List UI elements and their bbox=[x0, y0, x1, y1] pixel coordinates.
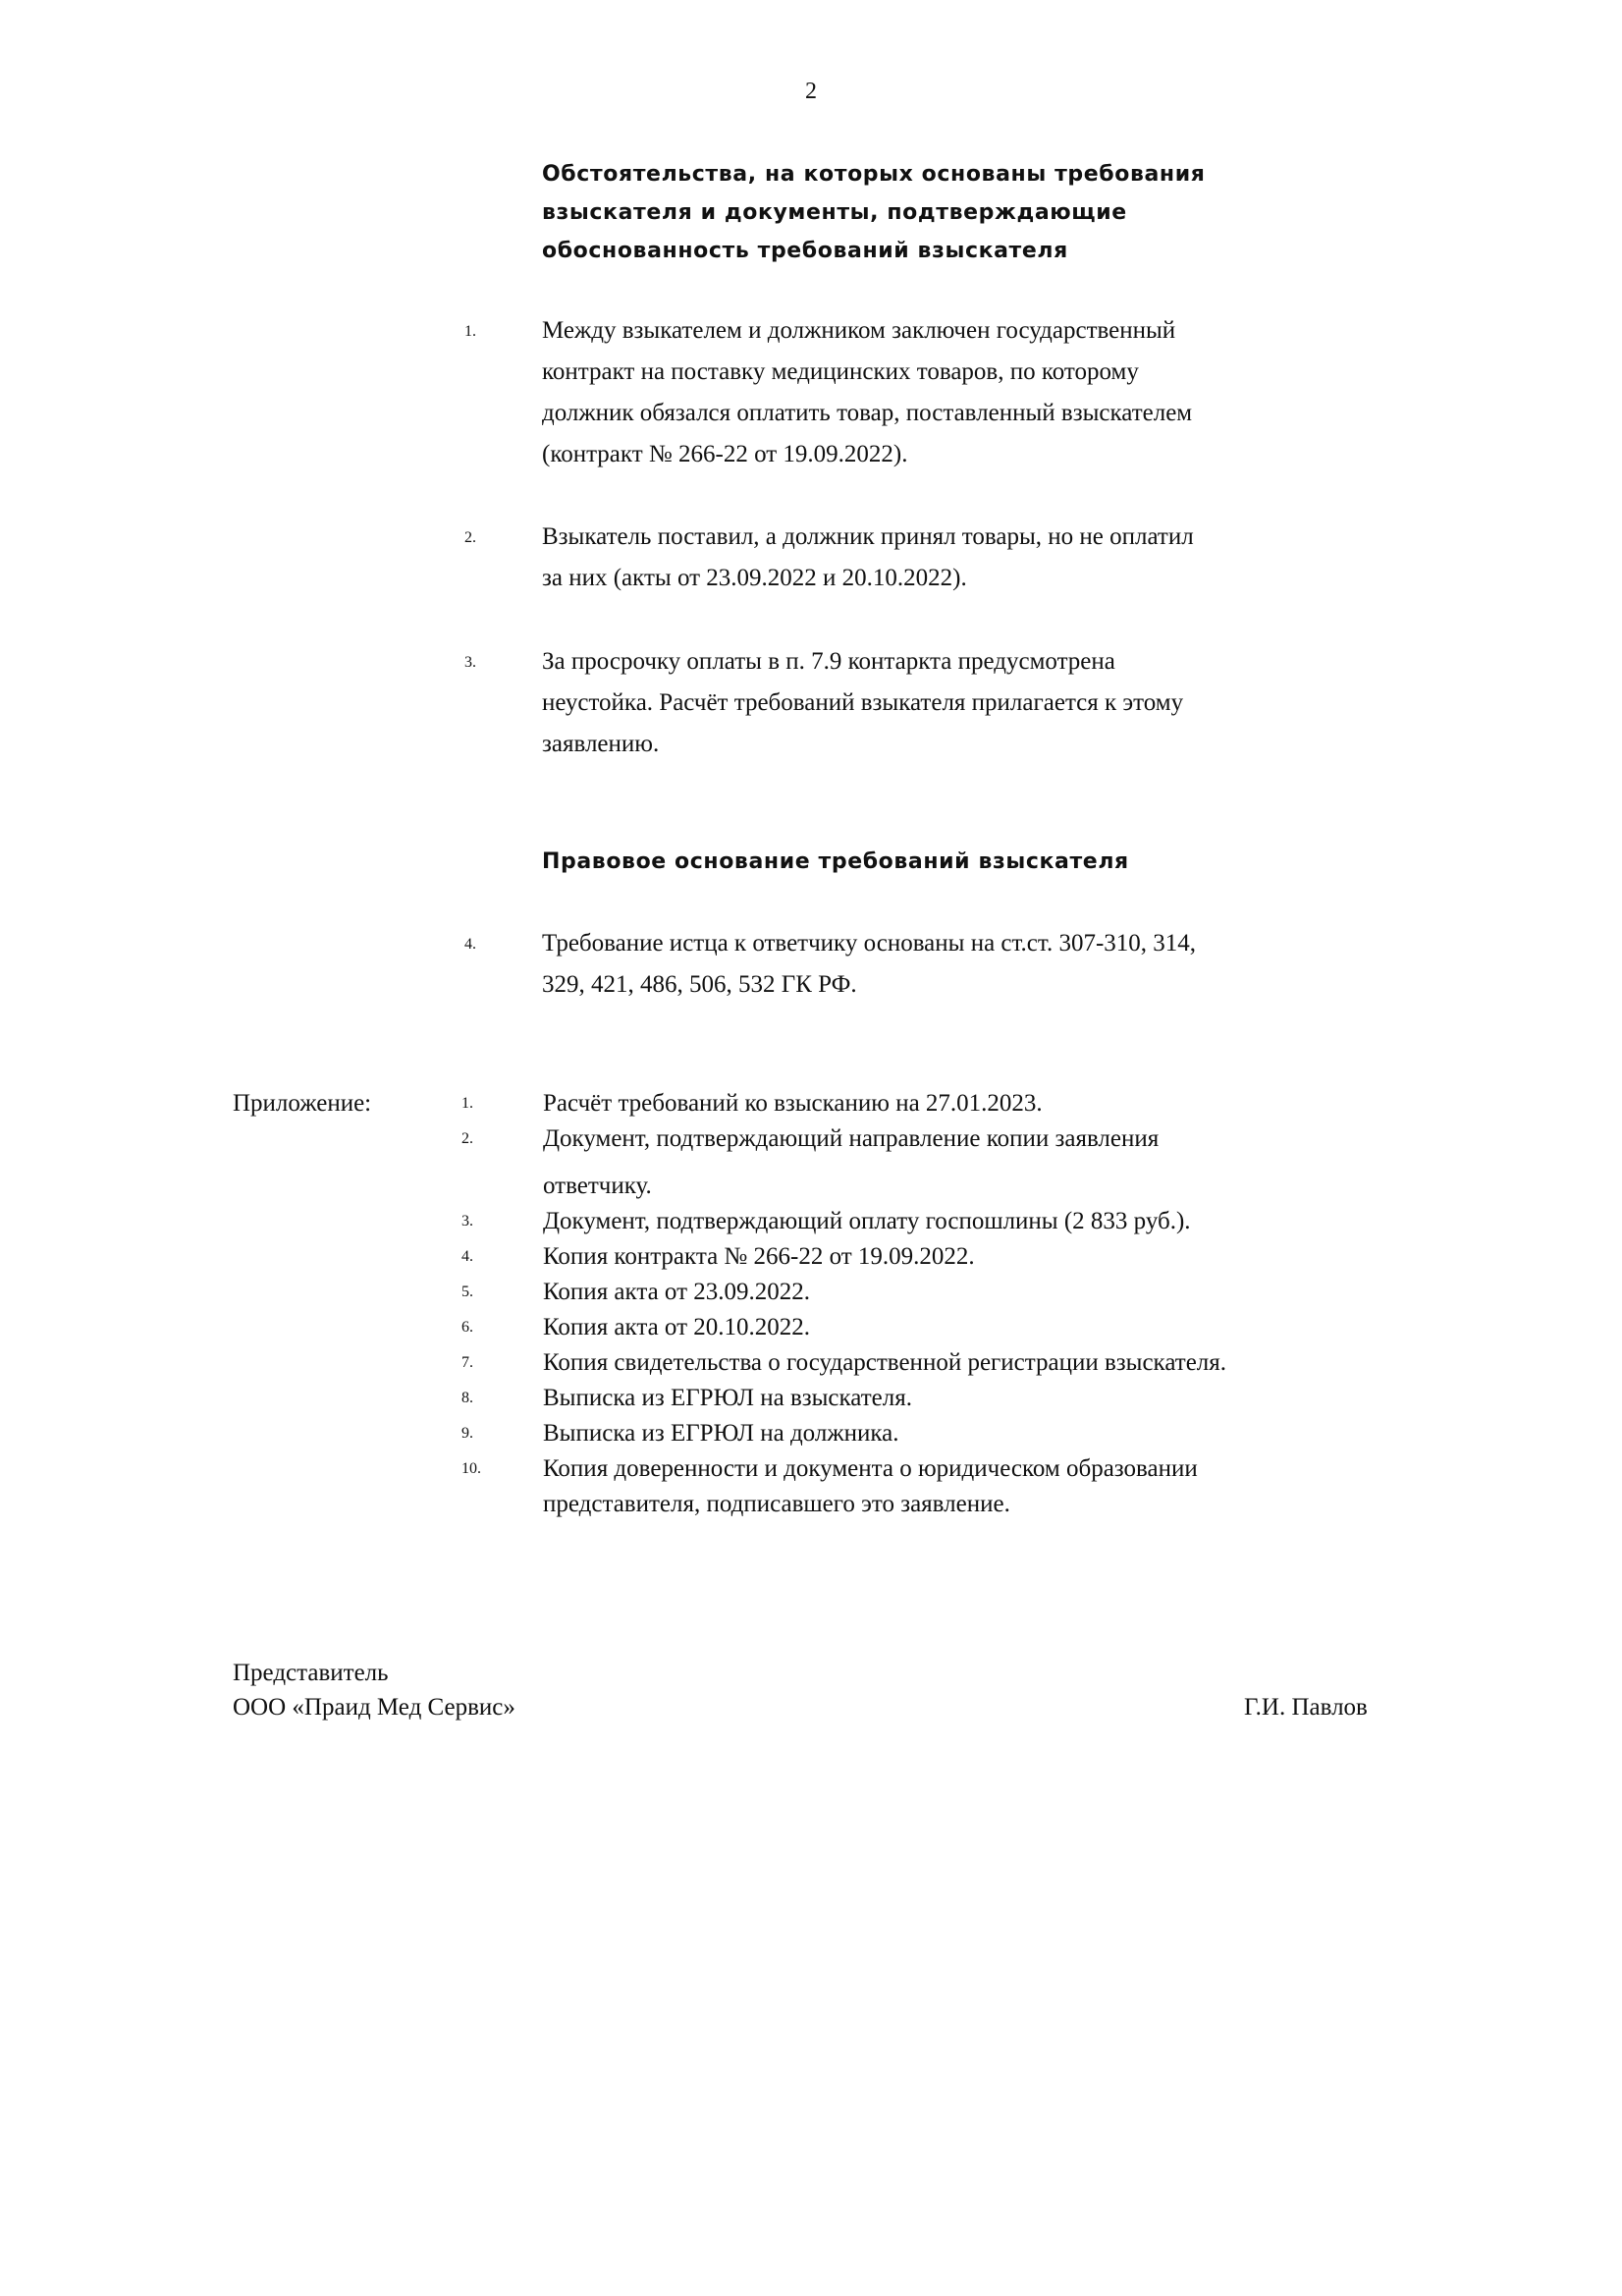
heading-line: обоснованность требований взыскателя bbox=[542, 232, 1205, 270]
claim-number: 3. bbox=[464, 642, 476, 683]
page-number: 2 bbox=[0, 77, 1622, 106]
attachment-item: 5. Копия акта от 23.09.2022. bbox=[0, 1275, 1622, 1310]
text-line: Взыкатель поставил, а должник принял тов… bbox=[542, 517, 1194, 558]
section-heading-legal: Правовое основание требований взыскателя bbox=[542, 843, 1129, 881]
attachment-text: Выписка из ЕГРЮЛ на взыскателя. bbox=[543, 1381, 912, 1416]
attachment-text: Копия контракта № 266-22 от 19.09.2022. bbox=[543, 1239, 975, 1275]
attachment-text: Копия акта от 20.10.2022. bbox=[543, 1310, 810, 1345]
text-line: Копия акта от 20.10.2022. bbox=[543, 1310, 810, 1345]
signer-role: Представитель bbox=[233, 1656, 515, 1690]
heading-line: Правовое основание требований взыскателя bbox=[542, 843, 1129, 881]
text-line: представителя, подписавшего это заявлени… bbox=[543, 1487, 1198, 1522]
text-line: Копия акта от 23.09.2022. bbox=[543, 1275, 810, 1310]
attachment-number: 5. bbox=[461, 1275, 473, 1310]
text-line: Расчёт требований ко взысканию на 27.01.… bbox=[543, 1086, 1043, 1121]
attachment-number: 2. bbox=[461, 1121, 473, 1157]
attachment-text: Документ, подтверждающий оплату госпошли… bbox=[543, 1204, 1191, 1239]
text-line: Документ, подтверждающий оплату госпошли… bbox=[543, 1204, 1191, 1239]
attachment-number: 6. bbox=[461, 1310, 473, 1345]
text-line: неустойка. Расчёт требований взыкателя п… bbox=[542, 683, 1183, 724]
text-line: ответчику. bbox=[543, 1169, 1159, 1204]
text-line: Копия доверенности и документа о юридиче… bbox=[543, 1451, 1198, 1487]
attachment-text: Выписка из ЕГРЮЛ на должника. bbox=[543, 1416, 898, 1451]
attachment-number: 10. bbox=[461, 1451, 481, 1487]
text-line: Выписка из ЕГРЮЛ на взыскателя. bbox=[543, 1381, 912, 1416]
attachments-list: 1. Расчёт требований ко взысканию на 27.… bbox=[0, 1086, 1622, 1522]
claim-number: 1. bbox=[464, 311, 476, 353]
attachment-text: Копия акта от 23.09.2022. bbox=[543, 1275, 810, 1310]
text-line: Копия контракта № 266-22 от 19.09.2022. bbox=[543, 1239, 975, 1275]
section-heading-facts: Обстоятельства, на которых основаны треб… bbox=[542, 155, 1205, 270]
attachment-text: Копия свидетельства о государственной ре… bbox=[543, 1345, 1226, 1381]
text-line: контракт на поставку медицинских товаров… bbox=[542, 352, 1192, 393]
signature-block: Представитель ООО «Праид Мед Сервис» bbox=[233, 1656, 515, 1724]
attachment-number: 9. bbox=[461, 1416, 473, 1451]
claim-text: Требование истца к ответчику основаны на… bbox=[542, 923, 1196, 1006]
text-line: Копия свидетельства о государственной ре… bbox=[543, 1345, 1226, 1381]
text-line: за них (акты от 23.09.2022 и 20.10.2022)… bbox=[542, 558, 1194, 599]
attachment-number: 4. bbox=[461, 1239, 473, 1275]
attachment-item: 1. Расчёт требований ко взысканию на 27.… bbox=[0, 1086, 1622, 1121]
text-line: заявлению. bbox=[542, 724, 1183, 765]
claim-number: 2. bbox=[464, 518, 476, 559]
text-line: Требование истца к ответчику основаны на… bbox=[542, 923, 1196, 964]
attachment-item: 10. Копия доверенности и документа о юри… bbox=[0, 1451, 1622, 1522]
text-line: Документ, подтверждающий направление коп… bbox=[543, 1121, 1159, 1157]
attachment-number: 8. bbox=[461, 1381, 473, 1416]
attachment-item: 3. Документ, подтверждающий оплату госпо… bbox=[0, 1204, 1622, 1239]
claim-text: Между взыкателем и должником заключен го… bbox=[542, 310, 1192, 475]
attachment-item: 4. Копия контракта № 266-22 от 19.09.202… bbox=[0, 1239, 1622, 1275]
attachment-item: 2. Документ, подтверждающий направление … bbox=[0, 1121, 1622, 1204]
text-line: Между взыкателем и должником заключен го… bbox=[542, 310, 1192, 352]
attachment-item: 8. Выписка из ЕГРЮЛ на взыскателя. bbox=[0, 1381, 1622, 1416]
text-line: Выписка из ЕГРЮЛ на должника. bbox=[543, 1416, 898, 1451]
attachment-text: Копия доверенности и документа о юридиче… bbox=[543, 1451, 1198, 1522]
text-line: За просрочку оплаты в п. 7.9 контаркта п… bbox=[542, 641, 1183, 683]
heading-line: Обстоятельства, на которых основаны треб… bbox=[542, 155, 1205, 193]
signer-name: Г.И. Павлов bbox=[1244, 1690, 1368, 1724]
claim-text: Взыкатель поставил, а должник принял тов… bbox=[542, 517, 1194, 599]
text-line: 329, 421, 486, 506, 532 ГК РФ. bbox=[542, 964, 1196, 1006]
attachment-number: 3. bbox=[461, 1204, 473, 1239]
text-line: (контракт № 266-22 от 19.09.2022). bbox=[542, 434, 1192, 475]
attachment-number: 7. bbox=[461, 1345, 473, 1381]
attachment-item: 6. Копия акта от 20.10.2022. bbox=[0, 1310, 1622, 1345]
attachment-item: 7. Копия свидетельства о государственной… bbox=[0, 1345, 1622, 1381]
heading-line: взыскателя и документы, подтверждающие bbox=[542, 193, 1205, 232]
attachment-number: 1. bbox=[461, 1086, 473, 1121]
signer-organization: ООО «Праид Мед Сервис» bbox=[233, 1690, 515, 1724]
text-line: должник обязался оплатить товар, поставл… bbox=[542, 393, 1192, 434]
attachment-text: Документ, подтверждающий направление коп… bbox=[543, 1121, 1159, 1204]
attachment-text: Расчёт требований ко взысканию на 27.01.… bbox=[543, 1086, 1043, 1121]
claim-text: За просрочку оплаты в п. 7.9 контаркта п… bbox=[542, 641, 1183, 765]
claim-number: 4. bbox=[464, 924, 476, 965]
attachment-item: 9. Выписка из ЕГРЮЛ на должника. bbox=[0, 1416, 1622, 1451]
